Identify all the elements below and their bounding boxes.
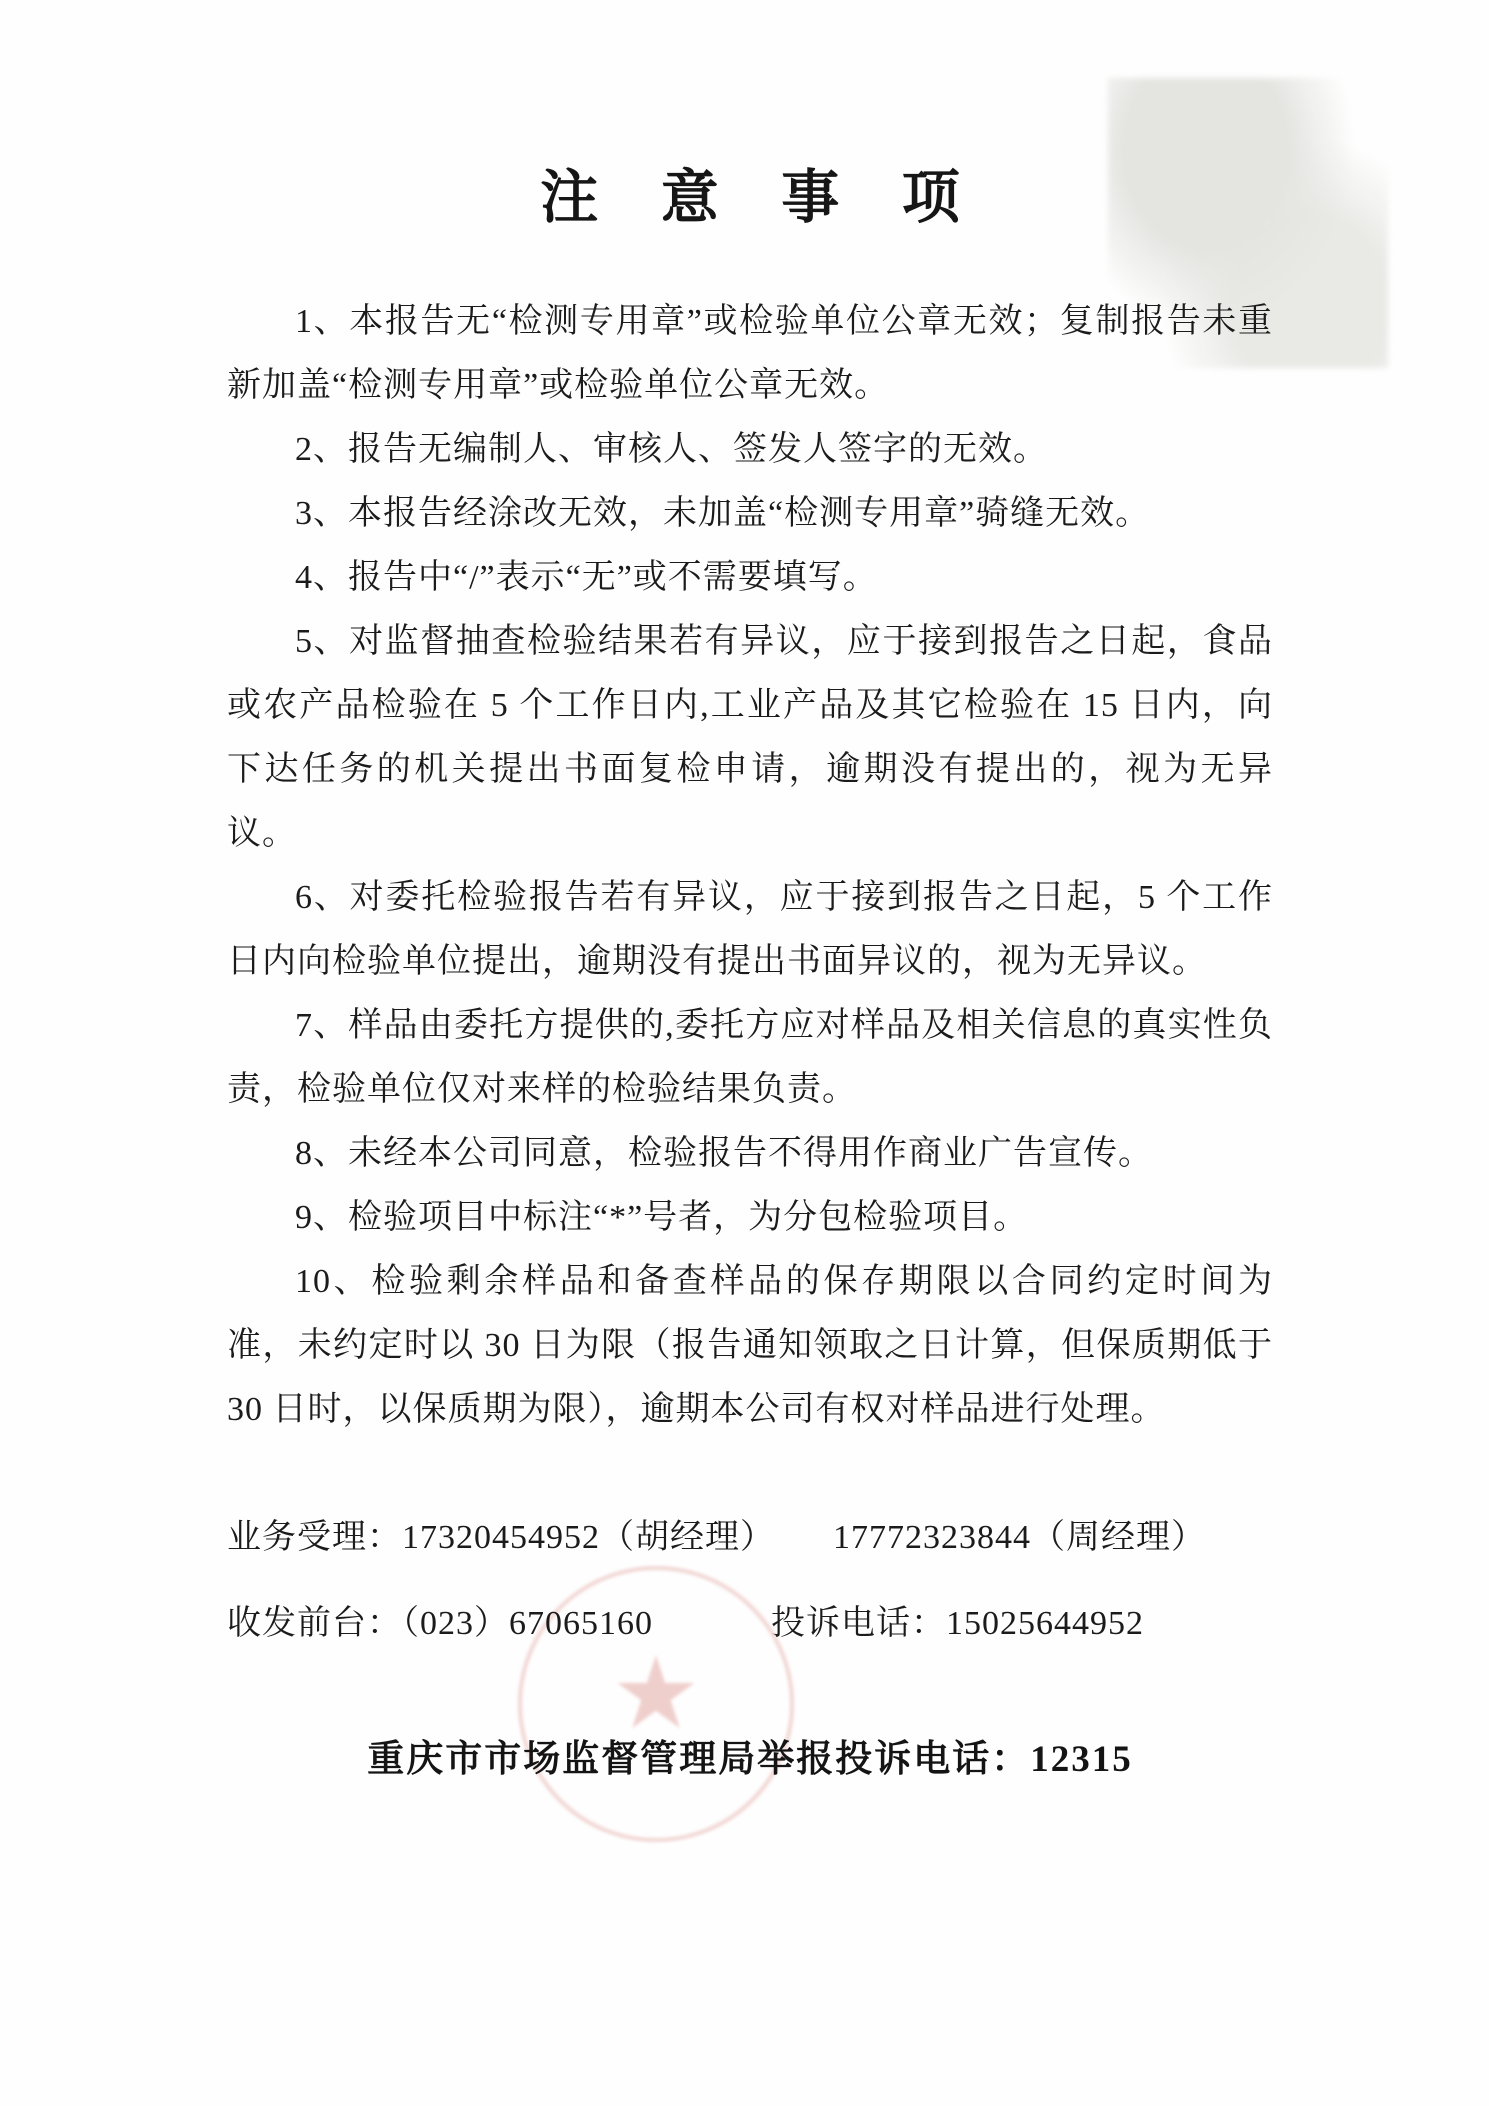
complaint-phone: 15025644952 [946, 1605, 1144, 1642]
notice-item-4: 4、报告中“/”表示“无”或不需要填写。 [227, 546, 1273, 610]
business-phone-hu: 17320454952（胡经理） [402, 1519, 775, 1556]
notice-list: 1、本报告无“检测专用章”或检验单位公章无效；复制报告未重新加盖“检测专用章”或… [227, 290, 1273, 1442]
notice-item-7: 7、样品由委托方提供的,委托方应对样品及相关信息的真实性负责，检验单位仅对来样的… [227, 994, 1273, 1122]
notice-item-2: 2、报告无编制人、审核人、签发人签字的无效。 [227, 418, 1273, 482]
business-contact-line: 业务受理：17320454952（胡经理）17772323844（周经理） [227, 1516, 1273, 1560]
business-contact-label: 业务受理： [227, 1519, 402, 1556]
notice-page: ★ 注 意 事 项 1、本报告无“检测专用章”或检验单位公章无效；复制报告未重新… [0, 0, 1489, 2106]
frontdesk-phone: （023）67065160 [402, 1605, 653, 1642]
frontdesk-label: 收发前台： [227, 1605, 402, 1642]
contact-info: 业务受理：17320454952（胡经理）17772323844（周经理） 收发… [227, 1516, 1273, 1646]
business-phone-zhou: 17772323844（周经理） [833, 1519, 1206, 1556]
notice-item-6: 6、对委托检验报告若有异议，应于接到报告之日起，5 个工作日内向检验单位提出，逾… [227, 866, 1273, 994]
notice-item-1: 1、本报告无“检测专用章”或检验单位公章无效；复制报告未重新加盖“检测专用章”或… [227, 290, 1273, 418]
page-title: 注 意 事 项 [227, 150, 1273, 234]
complaint-label: 投诉电话： [771, 1605, 946, 1642]
notice-item-8: 8、未经本公司同意，检验报告不得用作商业广告宣传。 [227, 1122, 1273, 1186]
document-content: 注 意 事 项 1、本报告无“检测专用章”或检验单位公章无效；复制报告未重新加盖… [227, 0, 1273, 1782]
notice-item-9: 9、检验项目中标注“*”号者，为分包检验项目。 [227, 1186, 1273, 1250]
regulator-hotline: 重庆市市场监督管理局举报投诉电话：12315 [227, 1728, 1273, 1782]
notice-item-10: 10、检验剩余样品和备查样品的保存期限以合同约定时间为准，未约定时以 30 日为… [227, 1250, 1273, 1442]
notice-item-3: 3、本报告经涂改无效，未加盖“检测专用章”骑缝无效。 [227, 482, 1273, 546]
frontdesk-complaint-line: 收发前台：（023）67065160投诉电话：15025644952 [227, 1602, 1273, 1646]
notice-item-5: 5、对监督抽查检验结果若有异议，应于接到报告之日起，食品或农产品检验在 5 个工… [227, 610, 1273, 866]
